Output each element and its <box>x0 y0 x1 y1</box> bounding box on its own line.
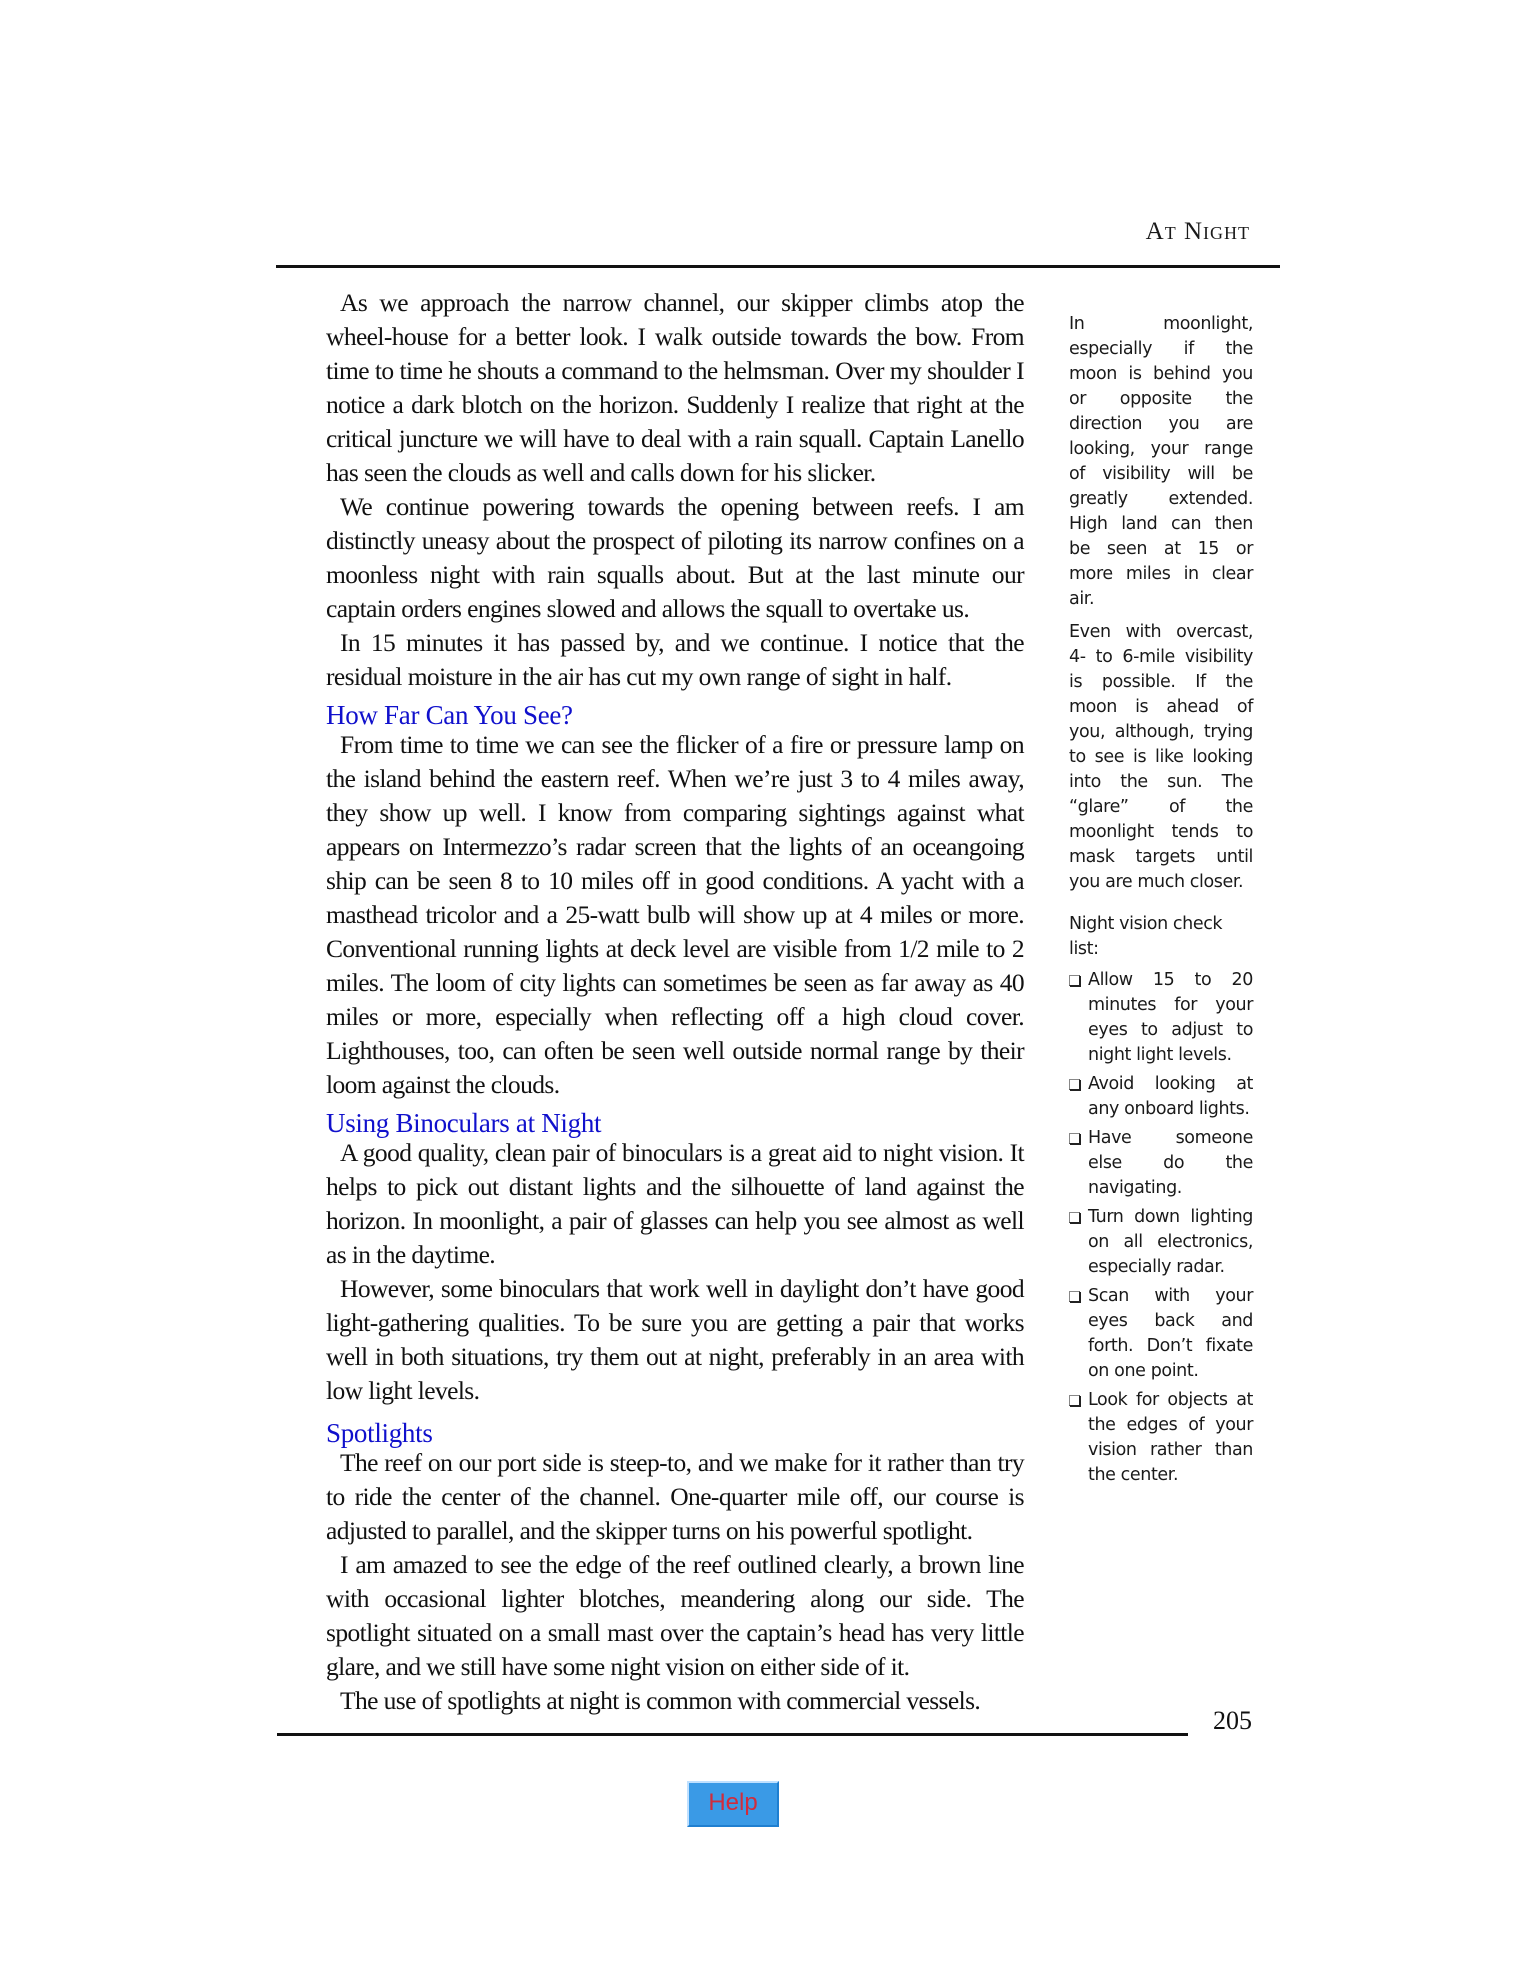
running-head-title: At Night <box>1000 218 1250 246</box>
paragraph: As we approach the narrow channel, our s… <box>326 286 1024 490</box>
section-heading-how-far: How Far Can You See? <box>326 698 1024 732</box>
paragraph: The reef on our port side is steep-to, a… <box>326 1446 1024 1548</box>
paragraph: We continue powering towards the opening… <box>326 490 1024 626</box>
paragraph: The use of spotlights at night is common… <box>326 1684 1024 1718</box>
checklist-item: Look for objects at the edges of your vi… <box>1069 1388 1253 1488</box>
checklist-item: Avoid looking at any onboard lights. <box>1069 1072 1253 1122</box>
sidebar-notes: In moonlight, especially if the moon is … <box>1069 312 1253 903</box>
section-heading-binoculars: Using Binoculars at Night <box>326 1106 1024 1140</box>
paragraph: I am amazed to see the edge of the reef … <box>326 1548 1024 1684</box>
night-vision-checklist: Night vision check list: Allow 15 to 20 … <box>1069 912 1253 1492</box>
checklist-item: Have someone else do the navigating. <box>1069 1126 1253 1201</box>
sidebar-note: Even with overcast, 4- to 6-mile visibil… <box>1069 620 1253 895</box>
checkbox-icon <box>1069 1133 1080 1144</box>
paragraph: However, some binoculars that work well … <box>326 1272 1024 1408</box>
header-rule <box>276 265 1280 268</box>
checklist-title: Night vision check list: <box>1069 912 1253 962</box>
help-button[interactable]: Help <box>687 1781 779 1827</box>
paragraph: In 15 minutes it has passed by, and we c… <box>326 626 1024 694</box>
checklist-item: Allow 15 to 20 minutes for your eyes to … <box>1069 968 1253 1068</box>
checklist-item: Turn down lighting on all electronics, e… <box>1069 1205 1253 1280</box>
checkbox-icon <box>1069 1212 1080 1223</box>
paragraph: A good quality, clean pair of binoculars… <box>326 1136 1024 1272</box>
checkbox-icon <box>1069 1395 1080 1406</box>
page-number: 205 <box>1200 1706 1252 1736</box>
main-text-column: As we approach the narrow channel, our s… <box>326 286 1024 1718</box>
section-heading-spotlights: Spotlights <box>326 1416 1024 1450</box>
paragraph: From time to time we can see the flicker… <box>326 728 1024 1102</box>
checklist-item: Scan with your eyes back and forth. Don’… <box>1069 1284 1253 1384</box>
checkbox-icon <box>1069 975 1080 986</box>
footer-rule <box>277 1733 1188 1736</box>
checkbox-icon <box>1069 1291 1080 1302</box>
sidebar-note: In moonlight, especially if the moon is … <box>1069 312 1253 612</box>
checkbox-icon <box>1069 1079 1080 1090</box>
